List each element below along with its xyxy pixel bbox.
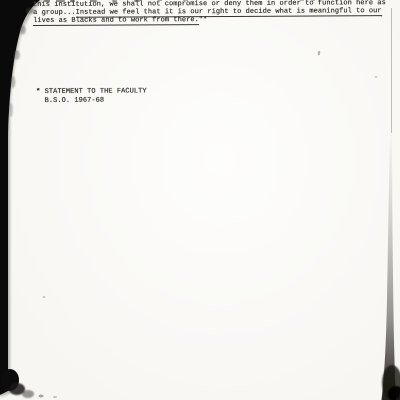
- scan-speck: [317, 51, 320, 56]
- footnote-asterisk: *: [36, 88, 41, 96]
- scan-artifact-bottom-right-blob: [382, 365, 400, 400]
- footnote-lines: STATEMENT TO THE FACULTY B.S.O. 1967-68: [45, 87, 147, 105]
- scan-artifact-bottom-left-blob: [1, 369, 19, 391]
- scan-artifact-top-left-fringe: [0, 0, 44, 397]
- footnote-line-2: B.S.O. 1967-68: [45, 96, 147, 105]
- footnote-block: * STATEMENT TO THE FACULTY B.S.O. 1967-6…: [36, 87, 147, 105]
- scan-artifact-top-left-blob: [0, 0, 40, 395]
- quote-text-block: this institution, we shall not compromis…: [33, 0, 386, 25]
- quote-line-2-plain: a group...: [33, 9, 76, 17]
- footnote-line-1: STATEMENT TO THE FACULTY: [45, 87, 147, 96]
- scan-artifact-right-edge-line: [391, 8, 392, 133]
- quote-line-3-underlined: lives as Blacks and to work from there.: [33, 16, 199, 26]
- scan-speck: [374, 76, 377, 78]
- quote-line-3-suffix: "*: [199, 16, 208, 24]
- scanned-document-page: this institution, we shall not compromis…: [0, 0, 400, 400]
- scan-artifact-right-streak: [382, 125, 397, 400]
- quote-line-2: a group...Instead we feel that it is our…: [33, 7, 386, 17]
- scan-artifacts-layer: [0, 0, 400, 400]
